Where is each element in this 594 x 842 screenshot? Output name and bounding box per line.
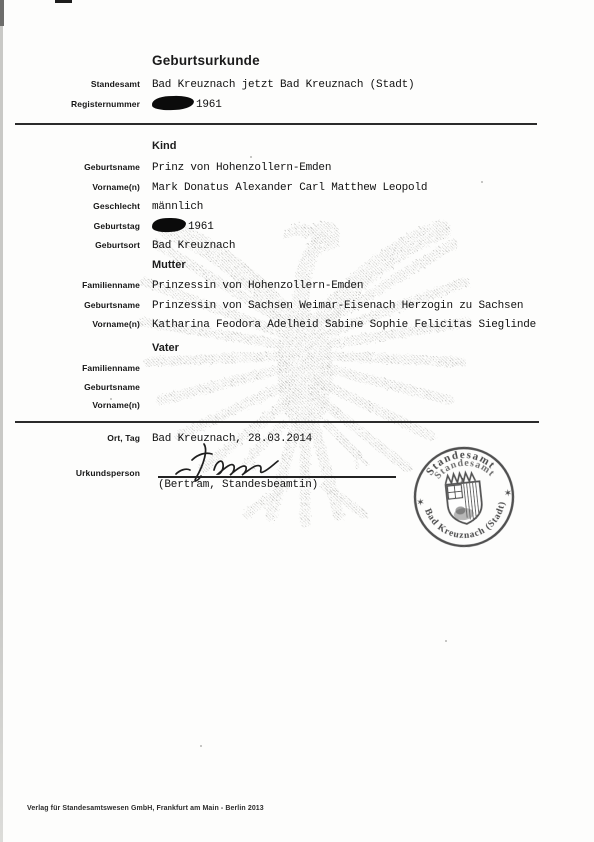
field-value-text: 1961 — [188, 221, 214, 233]
field-label: Geschlecht — [0, 197, 140, 216]
mutter-section: Familienname Prinzessin von Hohenzollern… — [0, 276, 594, 335]
redaction-bar — [152, 217, 186, 232]
form-row-familienname: Familienname Prinzessin von Hohenzollern… — [0, 276, 594, 296]
horizontal-rule — [15, 123, 537, 125]
form-row-vornamen: Vorname(n) Katharina Feodora Adelheid Sa… — [0, 315, 594, 335]
field-label: Urkundsperson — [0, 464, 140, 483]
field-label: Geburtsname — [0, 296, 140, 315]
form-row-geburtstag: Geburtstag 1961 — [0, 217, 594, 237]
form-row-vornamen: Vorname(n) Mark Donatus Alexander Carl M… — [0, 178, 594, 198]
field-label: Vorname(n) — [0, 315, 140, 334]
field-label: Vorname(n) — [0, 178, 140, 197]
field-value: Mark Donatus Alexander Carl Matthew Leop… — [152, 179, 427, 198]
form-row-geburtsname: Geburtsname Prinz von Hohenzollern-Emden — [0, 158, 594, 178]
form-row-geburtsname: Geburtsname Prinzessin von Sachsen Weima… — [0, 296, 594, 316]
field-label: Ort, Tag — [0, 429, 140, 448]
form-row-standesamt: Standesamt Bad Kreuznach jetzt Bad Kreuz… — [0, 75, 594, 95]
register-section: Standesamt Bad Kreuznach jetzt Bad Kreuz… — [0, 75, 594, 114]
scan-speck — [445, 640, 447, 642]
scan-top-dash-artifact — [55, 0, 72, 3]
vater-section: Familienname Geburtsname Vorname(n) — [0, 359, 594, 415]
scan-edge-artifact — [0, 0, 3, 842]
registry-office-seal: Standesamt Standesamt Bad Kreuznach (Sta… — [409, 442, 519, 552]
field-label: Standesamt — [0, 75, 140, 94]
form-row-registernummer: Registernummer 1961 — [0, 95, 594, 115]
seal-star-left: ✶ — [416, 497, 425, 509]
document-title: Geburtsurkunde — [152, 53, 260, 68]
section-heading-mutter: Mutter — [152, 259, 186, 271]
seal-star-right: ✶ — [503, 488, 512, 500]
signature-name: (Bertram, Standesbeamtin) — [158, 479, 318, 491]
field-value: Bad Kreuznach jetzt Bad Kreuznach (Stadt… — [152, 76, 414, 95]
scanned-birth-certificate: Geburtsurkunde Standesamt Bad Kreuznach … — [0, 0, 594, 842]
publisher-footer: Verlag für Standesamtswesen GmbH, Frankf… — [27, 805, 264, 812]
field-label: Geburtstag — [0, 217, 140, 236]
field-label: Familienname — [0, 359, 140, 378]
seal-coat-of-arms — [445, 471, 484, 525]
form-row-geburtsname: Geburtsname — [0, 378, 594, 397]
field-label: Geburtsname — [0, 378, 140, 397]
signature-line — [158, 476, 396, 478]
field-value-text: 1961 — [196, 99, 222, 111]
field-value: Prinzessin von Sachsen Weimar-Eisenach H… — [152, 297, 523, 316]
field-value: Bad Kreuznach — [152, 237, 235, 256]
field-label: Registernummer — [0, 95, 140, 114]
field-value: 1961 — [152, 218, 214, 237]
kind-section: Geburtsname Prinz von Hohenzollern-Emden… — [0, 158, 594, 256]
form-row-geburtsort: Geburtsort Bad Kreuznach — [0, 236, 594, 256]
form-row-familienname: Familienname — [0, 359, 594, 378]
field-value: männlich — [152, 198, 203, 217]
horizontal-rule — [15, 421, 539, 423]
section-heading-vater: Vater — [152, 342, 179, 354]
field-label: Vorname(n) — [0, 396, 140, 415]
field-label: Geburtsort — [0, 236, 140, 255]
scan-speck — [200, 745, 202, 747]
form-row-geschlecht: Geschlecht männlich — [0, 197, 594, 217]
field-label: Geburtsname — [0, 158, 140, 177]
field-value: Prinzessin von Hohenzollern-Emden — [152, 277, 363, 296]
field-label: Familienname — [0, 276, 140, 295]
section-heading-kind: Kind — [152, 140, 176, 152]
field-value: Katharina Feodora Adelheid Sabine Sophie… — [152, 316, 536, 335]
form-row-vornamen: Vorname(n) — [0, 396, 594, 415]
field-value: Prinz von Hohenzollern-Emden — [152, 159, 331, 178]
redaction-bar — [152, 95, 194, 110]
field-value: 1961 — [152, 96, 222, 115]
scan-corner-artifact — [0, 0, 4, 26]
